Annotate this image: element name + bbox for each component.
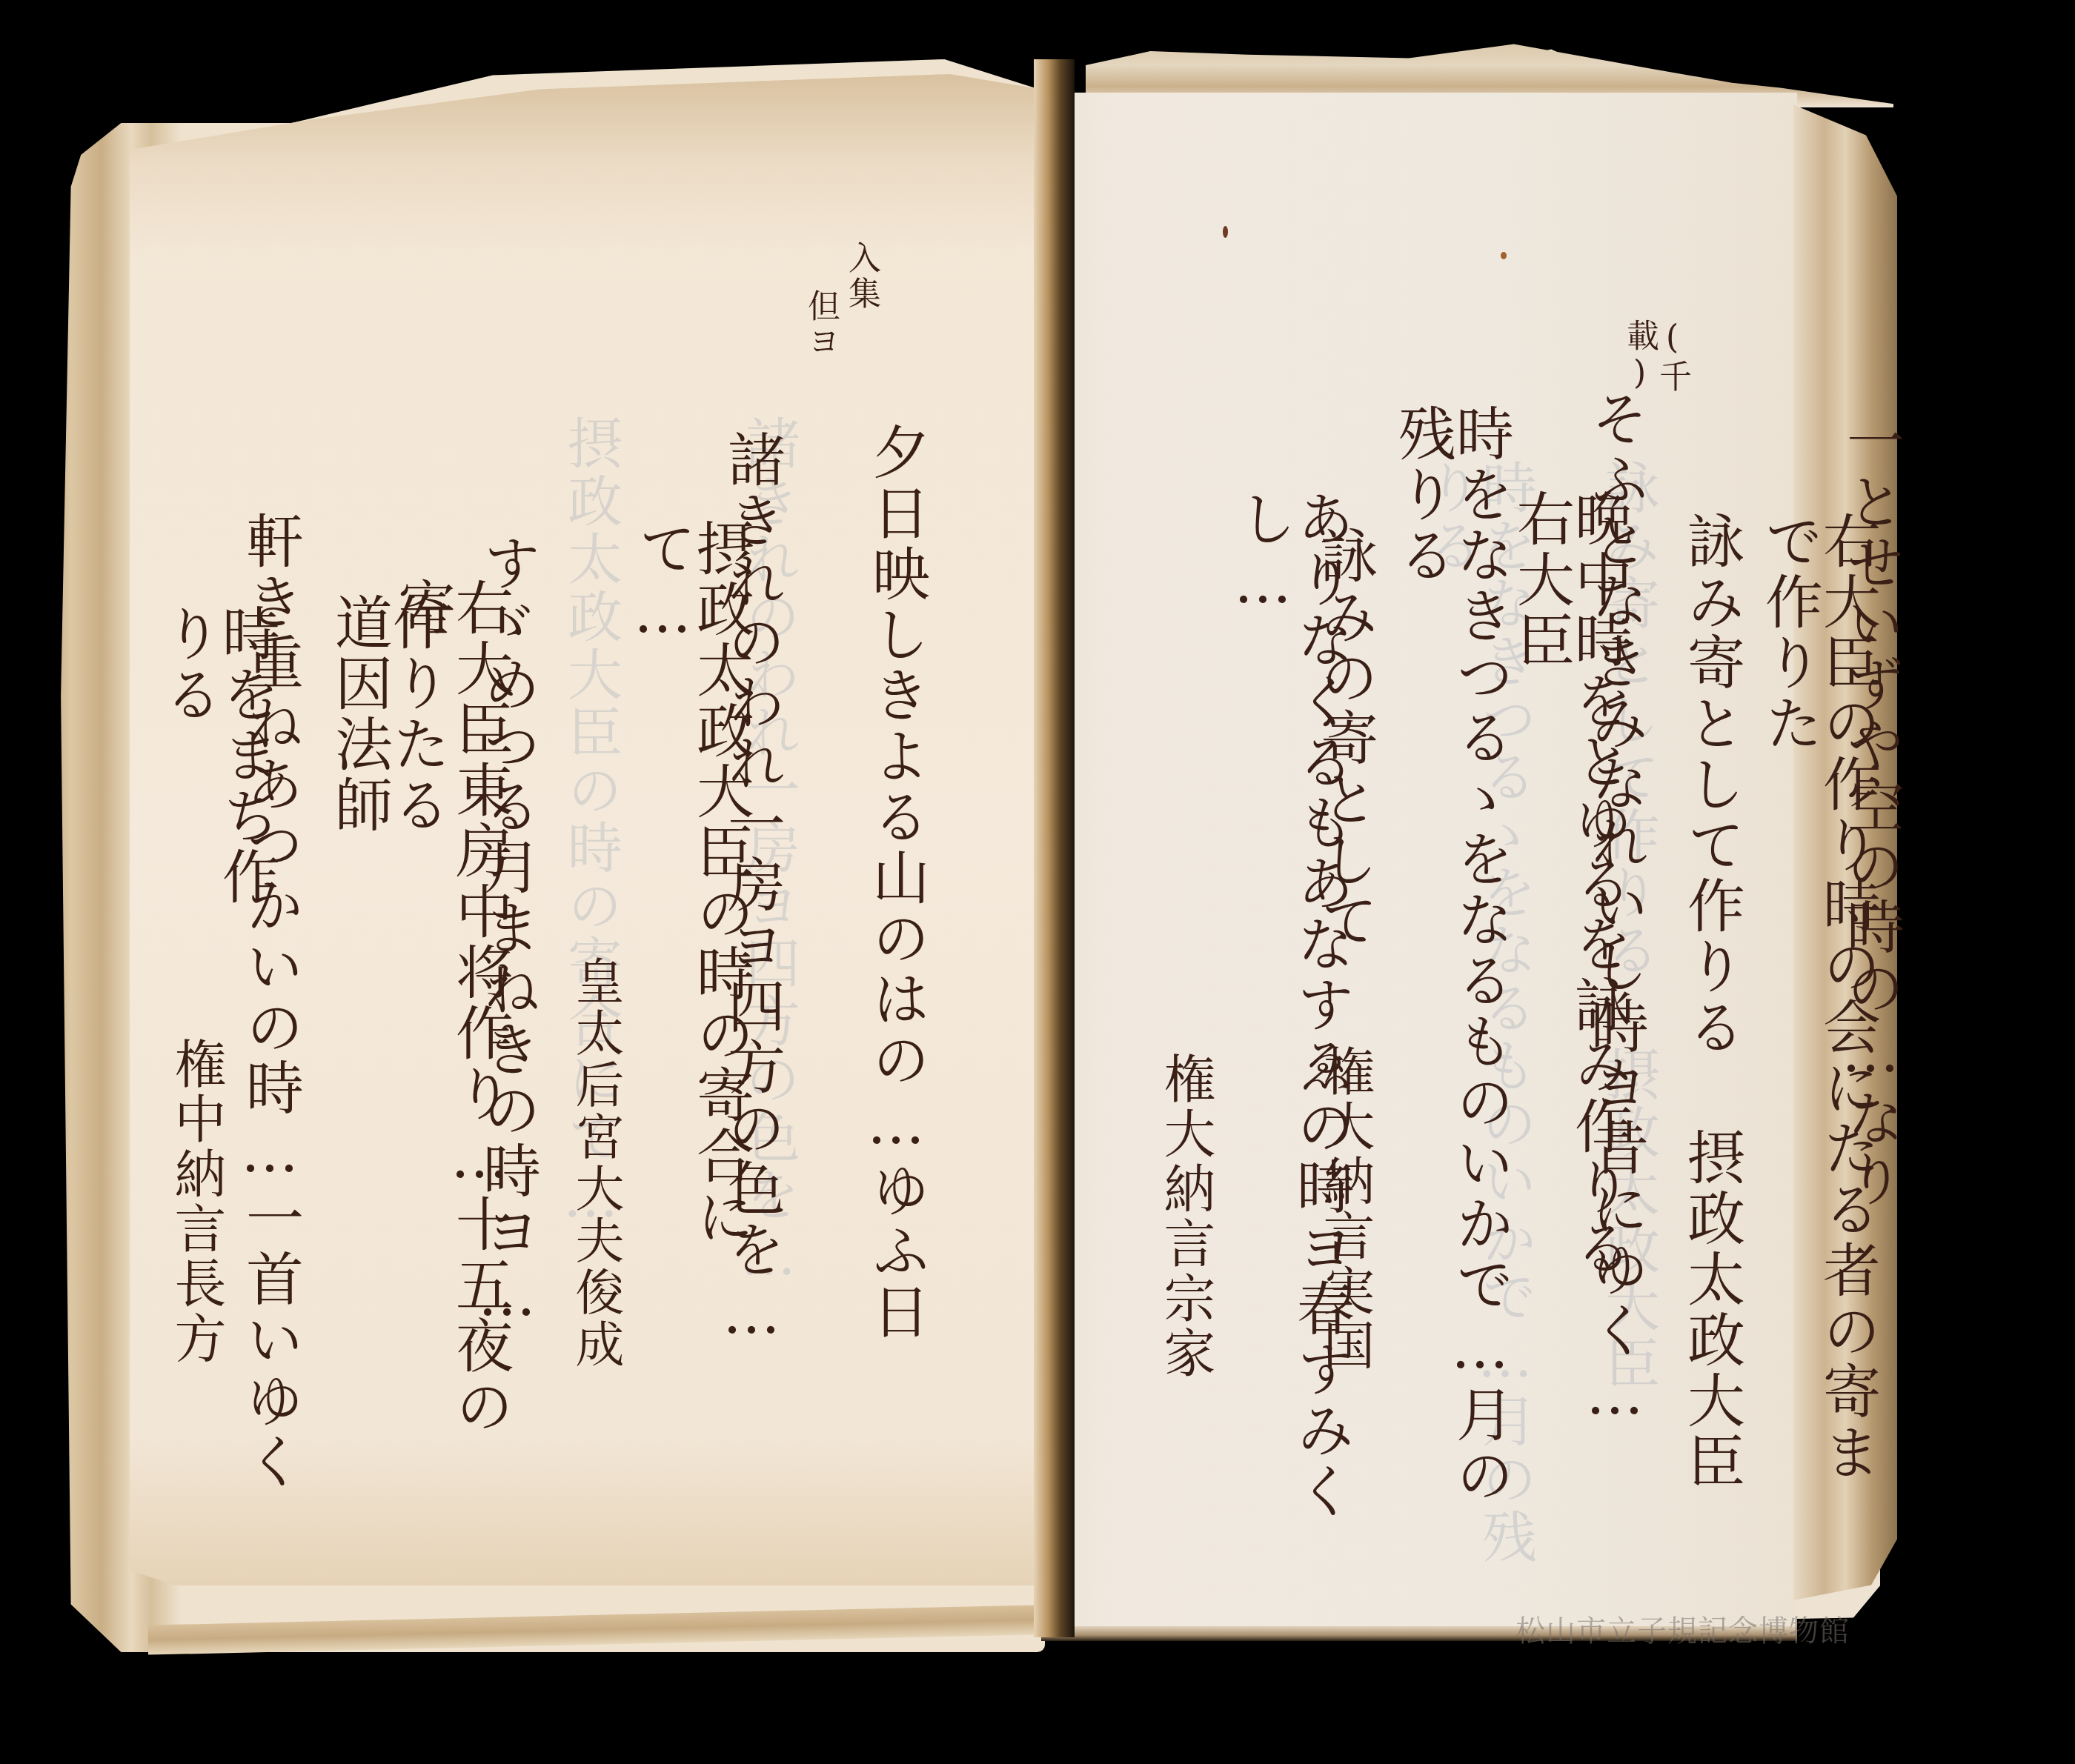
ink-stain: [1501, 252, 1507, 259]
calligraphy-column: 権大納言宗家: [1160, 1052, 1212, 1385]
book-gutter: [1034, 59, 1075, 1637]
marginal-note: 但ヨ: [804, 289, 837, 407]
museum-watermark: 松山市立子規記念博物館: [1515, 1608, 1850, 1650]
ink-stain: [1223, 226, 1228, 238]
open-manuscript: 諸きれのわれ一房ヨ四方の色を… 摂政太政大臣の時の寄合にて… 詠み寄として作りる…: [0, 0, 2075, 1764]
calligraphy-column: 摂政太政大臣の時の寄合にて…: [634, 519, 749, 1371]
calligraphy-column: 権中納言長方: [170, 1037, 222, 1371]
calligraphy-column: 晩中時をとゆるを詠み作りる 右大臣: [1512, 489, 1627, 1378]
calligraphy-column: 夕日映しきよる山のはの…ゆふ日: [867, 422, 925, 1445]
calligraphy-column: 時をなきつるゝをなるものいかで…月の残りる: [1393, 404, 1509, 1515]
calligraphy-column: ありなくるもあなすゑの時ヨ春すみくし…: [1234, 489, 1349, 1563]
calligraphy-column: 時をまち作りる: [159, 604, 275, 937]
calligraphy-column: 皇太后宮大夫俊成: [571, 956, 620, 1400]
calligraphy-column: 作りたる 道因法師: [330, 593, 445, 963]
calligraphy-column: 右大臣の作り時の会にたる者の寄まで作りた: [1760, 511, 1876, 1511]
calligraphy-column: 詠み寄として作りる 摂政太政大臣: [1682, 511, 1740, 1519]
marginal-note: 入集: [845, 241, 877, 359]
